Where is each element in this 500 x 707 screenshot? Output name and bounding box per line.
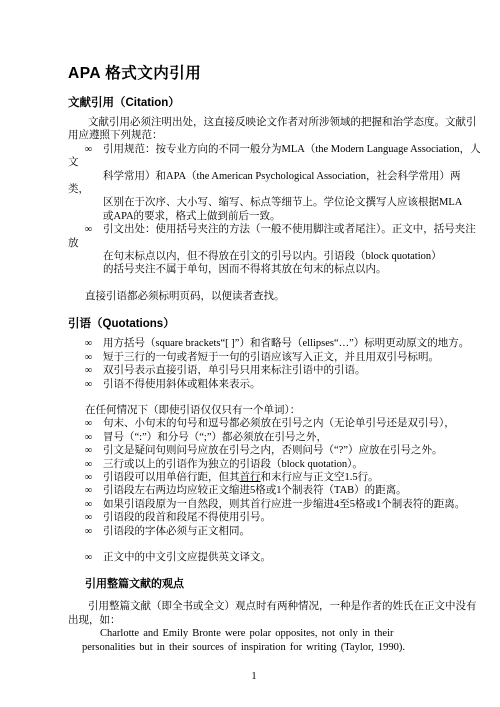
bullet-marker-icon: ∞ bbox=[85, 511, 91, 524]
page-number: 1 bbox=[68, 670, 440, 683]
bullet-text: 引语段的字体必须与正文相同。 bbox=[103, 526, 250, 537]
example-english-line: personalities but in their sources of in… bbox=[82, 641, 440, 655]
bullet-marker-icon: ∞ bbox=[85, 351, 91, 364]
bullet-text: 句末、小句末的句号和逗号都必须放在引号之内（无论单引号还是双引号）， bbox=[103, 418, 455, 429]
bullet-item: ∞三行或以上的引语作为独立的引语段（block quotation）。 bbox=[68, 458, 440, 471]
bullet-item: ∞引文是疑问句则问号应放在引号之内，否则问号（“?”）应放在引号之外。 bbox=[68, 444, 440, 457]
spacer bbox=[68, 564, 440, 577]
bullet-item: ∞短于三行的一句或者短于一句的引语应该写入正文，并且用双引号标明。 bbox=[68, 351, 440, 364]
text-segment: 引语段可以用单倍行距，但其 bbox=[103, 472, 240, 483]
bullet-marker-icon: ∞ bbox=[85, 471, 91, 484]
text-line: 在任何情况下（即使引语仅仅只有一个单词）： bbox=[85, 404, 440, 417]
bullet-item: ∞如果引语段原为一自然段，则其首行应进一步缩进4至5格或1个制表符的距离。 bbox=[68, 498, 440, 511]
document-body: 文献引用（Citation）文献引用必须注明出处，这直接反映论文作者对所涉领域的… bbox=[68, 96, 440, 655]
bullet-text: 引语段左右两边均应较正文缩进5格或1个制表符（TAB）的距离。 bbox=[103, 485, 407, 496]
underlined-text: 首行 bbox=[240, 472, 261, 483]
bullet-item: ∞引语段左右两边均应较正文缩进5格或1个制表符（TAB）的距离。 bbox=[68, 484, 440, 497]
heading-whole-work-citation: 引用整篇文献的观点 bbox=[85, 577, 440, 591]
document-page: APA 格式文内引用 文献引用（Citation）文献引用必须注明出处，这直接反… bbox=[0, 0, 500, 707]
text-line: 文献引用必须注明出处，这直接反映论文作者对所涉领域的把握和治学态度。文献引 bbox=[88, 116, 440, 129]
text-line: 文 bbox=[68, 156, 440, 169]
text-line: 在句末标点以内，但不得放在引文的引号以内。引语段（block quotation… bbox=[103, 250, 440, 263]
bullet-marker-icon: ∞ bbox=[85, 143, 91, 156]
spacer bbox=[68, 538, 440, 551]
bullet-marker-icon: ∞ bbox=[85, 444, 91, 457]
text-line: 引用整篇文献（即全书或全文）观点时有两种情况，一种是作者的姓氏在正文中没有 bbox=[88, 600, 440, 613]
text-line: 或APA的要求，格式上做到前后一致。 bbox=[103, 210, 440, 223]
bullet-item: ∞句末、小句末的句号和逗号都必须放在引号之内（无论单引号还是双引号）， bbox=[68, 417, 440, 430]
text-line: 用应遵照下列规范： bbox=[68, 129, 440, 142]
spacer bbox=[68, 303, 440, 316]
text-line: 的括号夹注不属于单句，因而不得将其放在句末的标点以内。 bbox=[103, 263, 440, 276]
bullet-item: ∞正文中的中文引文应提供英文译文。 bbox=[68, 551, 440, 564]
text-line: 放 bbox=[68, 237, 440, 250]
bullet-text: 引语段可以用单倍行距，但其首行和末行应与正文空1.5行。 bbox=[103, 472, 379, 483]
text-line: 出现，如： bbox=[68, 614, 440, 627]
bullet-item: ∞引语段可以用单倍行距，但其首行和末行应与正文空1.5行。 bbox=[68, 471, 440, 484]
bullet-text: 冒号（“:”）和分号（“;”）都必须放在引号之外， bbox=[103, 432, 327, 443]
bullet-text: 如果引语段原为一自然段，则其首行应进一步缩进4至5格或1个制表符的距离。 bbox=[103, 499, 465, 510]
page-title: APA 格式文内引用 bbox=[68, 64, 440, 84]
bullet-item: ∞双引号表示直接引语，单引号只用来标注引语中的引语。 bbox=[68, 364, 440, 377]
bullet-text: 三行或以上的引语作为独立的引语段（block quotation）。 bbox=[103, 459, 363, 470]
bullet-marker-icon: ∞ bbox=[85, 378, 91, 391]
bullet-marker-icon: ∞ bbox=[85, 364, 91, 377]
heading-citation: 文献引用（Citation） bbox=[68, 96, 440, 111]
spacer bbox=[68, 277, 440, 290]
bullet-text: 引文是疑问句则问号应放在引号之内，否则问号（“?”）应放在引号之外。 bbox=[103, 445, 442, 456]
bullet-text: 正文中的中文引文应提供英文译文。 bbox=[103, 552, 271, 563]
example-english-line: Charlotte and Emily Bronte were polar op… bbox=[100, 627, 440, 641]
bullet-marker-icon: ∞ bbox=[85, 498, 91, 511]
heading-quotations: 引语（Quotations） bbox=[68, 317, 440, 332]
text-line: 科学常用）和APA（the American Psychological Ass… bbox=[103, 170, 440, 183]
bullet-marker-icon: ∞ bbox=[85, 223, 91, 236]
bullet-marker-icon: ∞ bbox=[85, 458, 91, 471]
text-line: 直接引语都必须标明页码，以便读者查找。 bbox=[85, 290, 440, 303]
bullet-text: 引用规范：按专业方向的不同一般分为MLA（the Modern Language… bbox=[103, 144, 481, 155]
bullet-text: 双引号表示直接引语，单引号只用来标注引语中的引语。 bbox=[103, 365, 366, 376]
bullet-item: ∞引文出处：使用括号夹注的方法（一般不使用脚注或者尾注）。正文中，括号夹注 bbox=[68, 223, 440, 236]
bullet-marker-icon: ∞ bbox=[85, 337, 91, 350]
bullet-item: ∞引语段的段首和段尾不得使用引号。 bbox=[68, 511, 440, 524]
text-line: 类， bbox=[68, 183, 440, 196]
bullet-marker-icon: ∞ bbox=[85, 551, 91, 564]
bullet-item: ∞用方括号（square brackets“[ ]”）和省略号（ellipses… bbox=[68, 337, 440, 350]
bullet-item: ∞引语段的字体必须与正文相同。 bbox=[68, 525, 440, 538]
text-line: 区别在于次序、大小写、缩写、标点等细节上。学位论文撰写人应该根据MLA bbox=[103, 196, 440, 209]
bullet-text: 短于三行的一句或者短于一句的引语应该写入正文，并且用双引号标明。 bbox=[103, 352, 439, 363]
spacer bbox=[68, 391, 440, 404]
bullet-marker-icon: ∞ bbox=[85, 417, 91, 430]
bullet-text: 引文出处：使用括号夹注的方法（一般不使用脚注或者尾注）。正文中，括号夹注 bbox=[103, 224, 476, 235]
bullet-marker-icon: ∞ bbox=[85, 431, 91, 444]
bullet-item: ∞引用规范：按专业方向的不同一般分为MLA（the Modern Languag… bbox=[68, 143, 440, 156]
bullet-marker-icon: ∞ bbox=[85, 484, 91, 497]
bullet-item: ∞冒号（“:”）和分号（“;”）都必须放在引号之外， bbox=[68, 431, 440, 444]
bullet-text: 引语段的段首和段尾不得使用引号。 bbox=[103, 512, 271, 523]
text-segment: 和末行应与正文空1.5行。 bbox=[261, 472, 379, 483]
bullet-text: 用方括号（square brackets“[ ]”）和省略号（ellipses“… bbox=[103, 338, 469, 349]
bullet-marker-icon: ∞ bbox=[85, 525, 91, 538]
bullet-item: ∞引语不得使用斜体或粗体来表示。 bbox=[68, 378, 440, 391]
bullet-text: 引语不得使用斜体或粗体来表示。 bbox=[103, 379, 261, 390]
